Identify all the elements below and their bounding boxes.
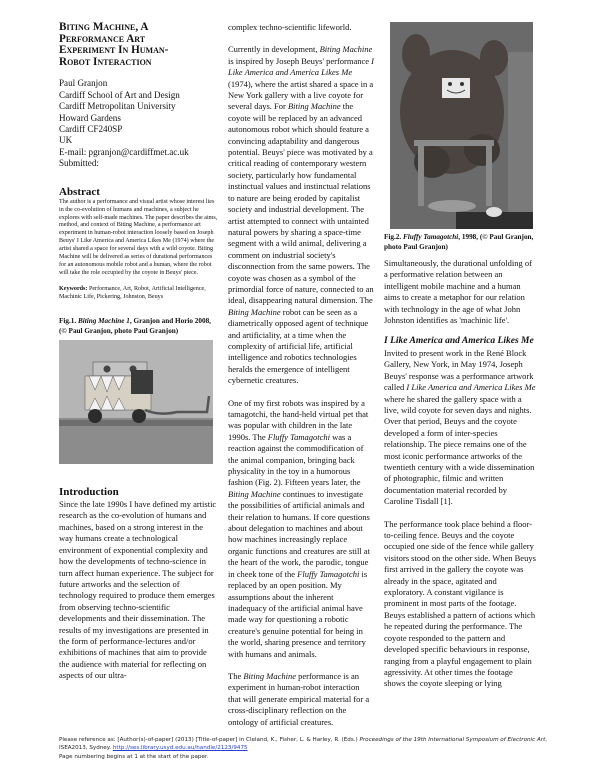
left-column: Biting Machine, A Performance Art Experi… <box>59 22 219 682</box>
keywords: Keywords: Performance, Art, Robot, Artif… <box>59 286 219 302</box>
keywords-label: Keywords: <box>59 286 87 292</box>
paragraph: One of my first robots was inspired by a… <box>228 398 374 660</box>
paragraph: The Biting Machine performance is an exp… <box>228 671 374 728</box>
affiliation-line: Howard Gardens <box>59 113 219 124</box>
abstract-heading: Abstract <box>59 186 219 198</box>
figure1-title: Biting Machine 1 <box>76 317 130 325</box>
paragraph: The performance took place behind a floo… <box>384 519 536 690</box>
figure1-image <box>59 340 213 464</box>
right-column: Fig.2. Fluffy Tamagotchi, 1998, (© Paul … <box>384 22 536 690</box>
affiliation-line: Cardiff School of Art and Design <box>59 90 219 101</box>
figure2-image <box>390 22 533 229</box>
title-line: Robot Interaction <box>59 57 219 69</box>
author-block: Paul Granjon Cardiff School of Art and D… <box>59 78 219 169</box>
middle-column: complex techno-scientific lifeworld. Cur… <box>228 22 374 728</box>
reference-footer: Please reference as: [Author(s)-of-paper… <box>59 736 559 761</box>
affiliation-line: Cardiff CF240SP <box>59 124 219 135</box>
paragraph: complex techno-scientific lifeworld. <box>228 22 374 33</box>
section-subheading: I Like America and America Likes Me <box>384 336 536 347</box>
fluffy-tamagotchi-icon <box>390 22 533 229</box>
figure2-title: Fluffy Tamagotchi <box>401 233 458 241</box>
affiliation-line: UK <box>59 135 219 146</box>
paragraph: Invited to present work in the René Bloc… <box>384 348 536 508</box>
figure2-caption: Fig.2. Fluffy Tamagotchi, 1998, (© Paul … <box>384 232 536 252</box>
repository-link[interactable]: http://ses.library.usyd.edu.au/handle/21… <box>113 745 248 751</box>
paper-title: Biting Machine, A Performance Art Experi… <box>59 22 219 68</box>
biting-machine-robot-icon <box>59 340 213 464</box>
paragraph: Currently in development, Biting Machine… <box>228 44 374 386</box>
figure1-label: Fig.1. <box>59 317 76 325</box>
page-numbering-note: Page numbering begins at 1 at the start … <box>59 754 208 760</box>
submitted-line: Submitted: <box>59 158 219 169</box>
paragraph: Simultaneously, the durational unfolding… <box>384 258 536 326</box>
author-email: E-mail: pgranjon@cardiffmet.ac.uk <box>59 147 219 158</box>
title-line: Biting Machine, A <box>59 22 219 34</box>
affiliation-line: Cardiff Metropolitan University <box>59 101 219 112</box>
author-name: Paul Granjon <box>59 78 219 89</box>
abstract-text: The author is a performance and visual a… <box>59 199 219 279</box>
figure2-label: Fig.2. <box>384 233 401 241</box>
introduction-paragraph: Since the late 1990s I have defined my a… <box>59 499 219 682</box>
introduction-heading: Introduction <box>59 486 219 498</box>
figure1-caption: Fig.1. Biting Machine 1, Granjon and Hor… <box>59 316 219 336</box>
